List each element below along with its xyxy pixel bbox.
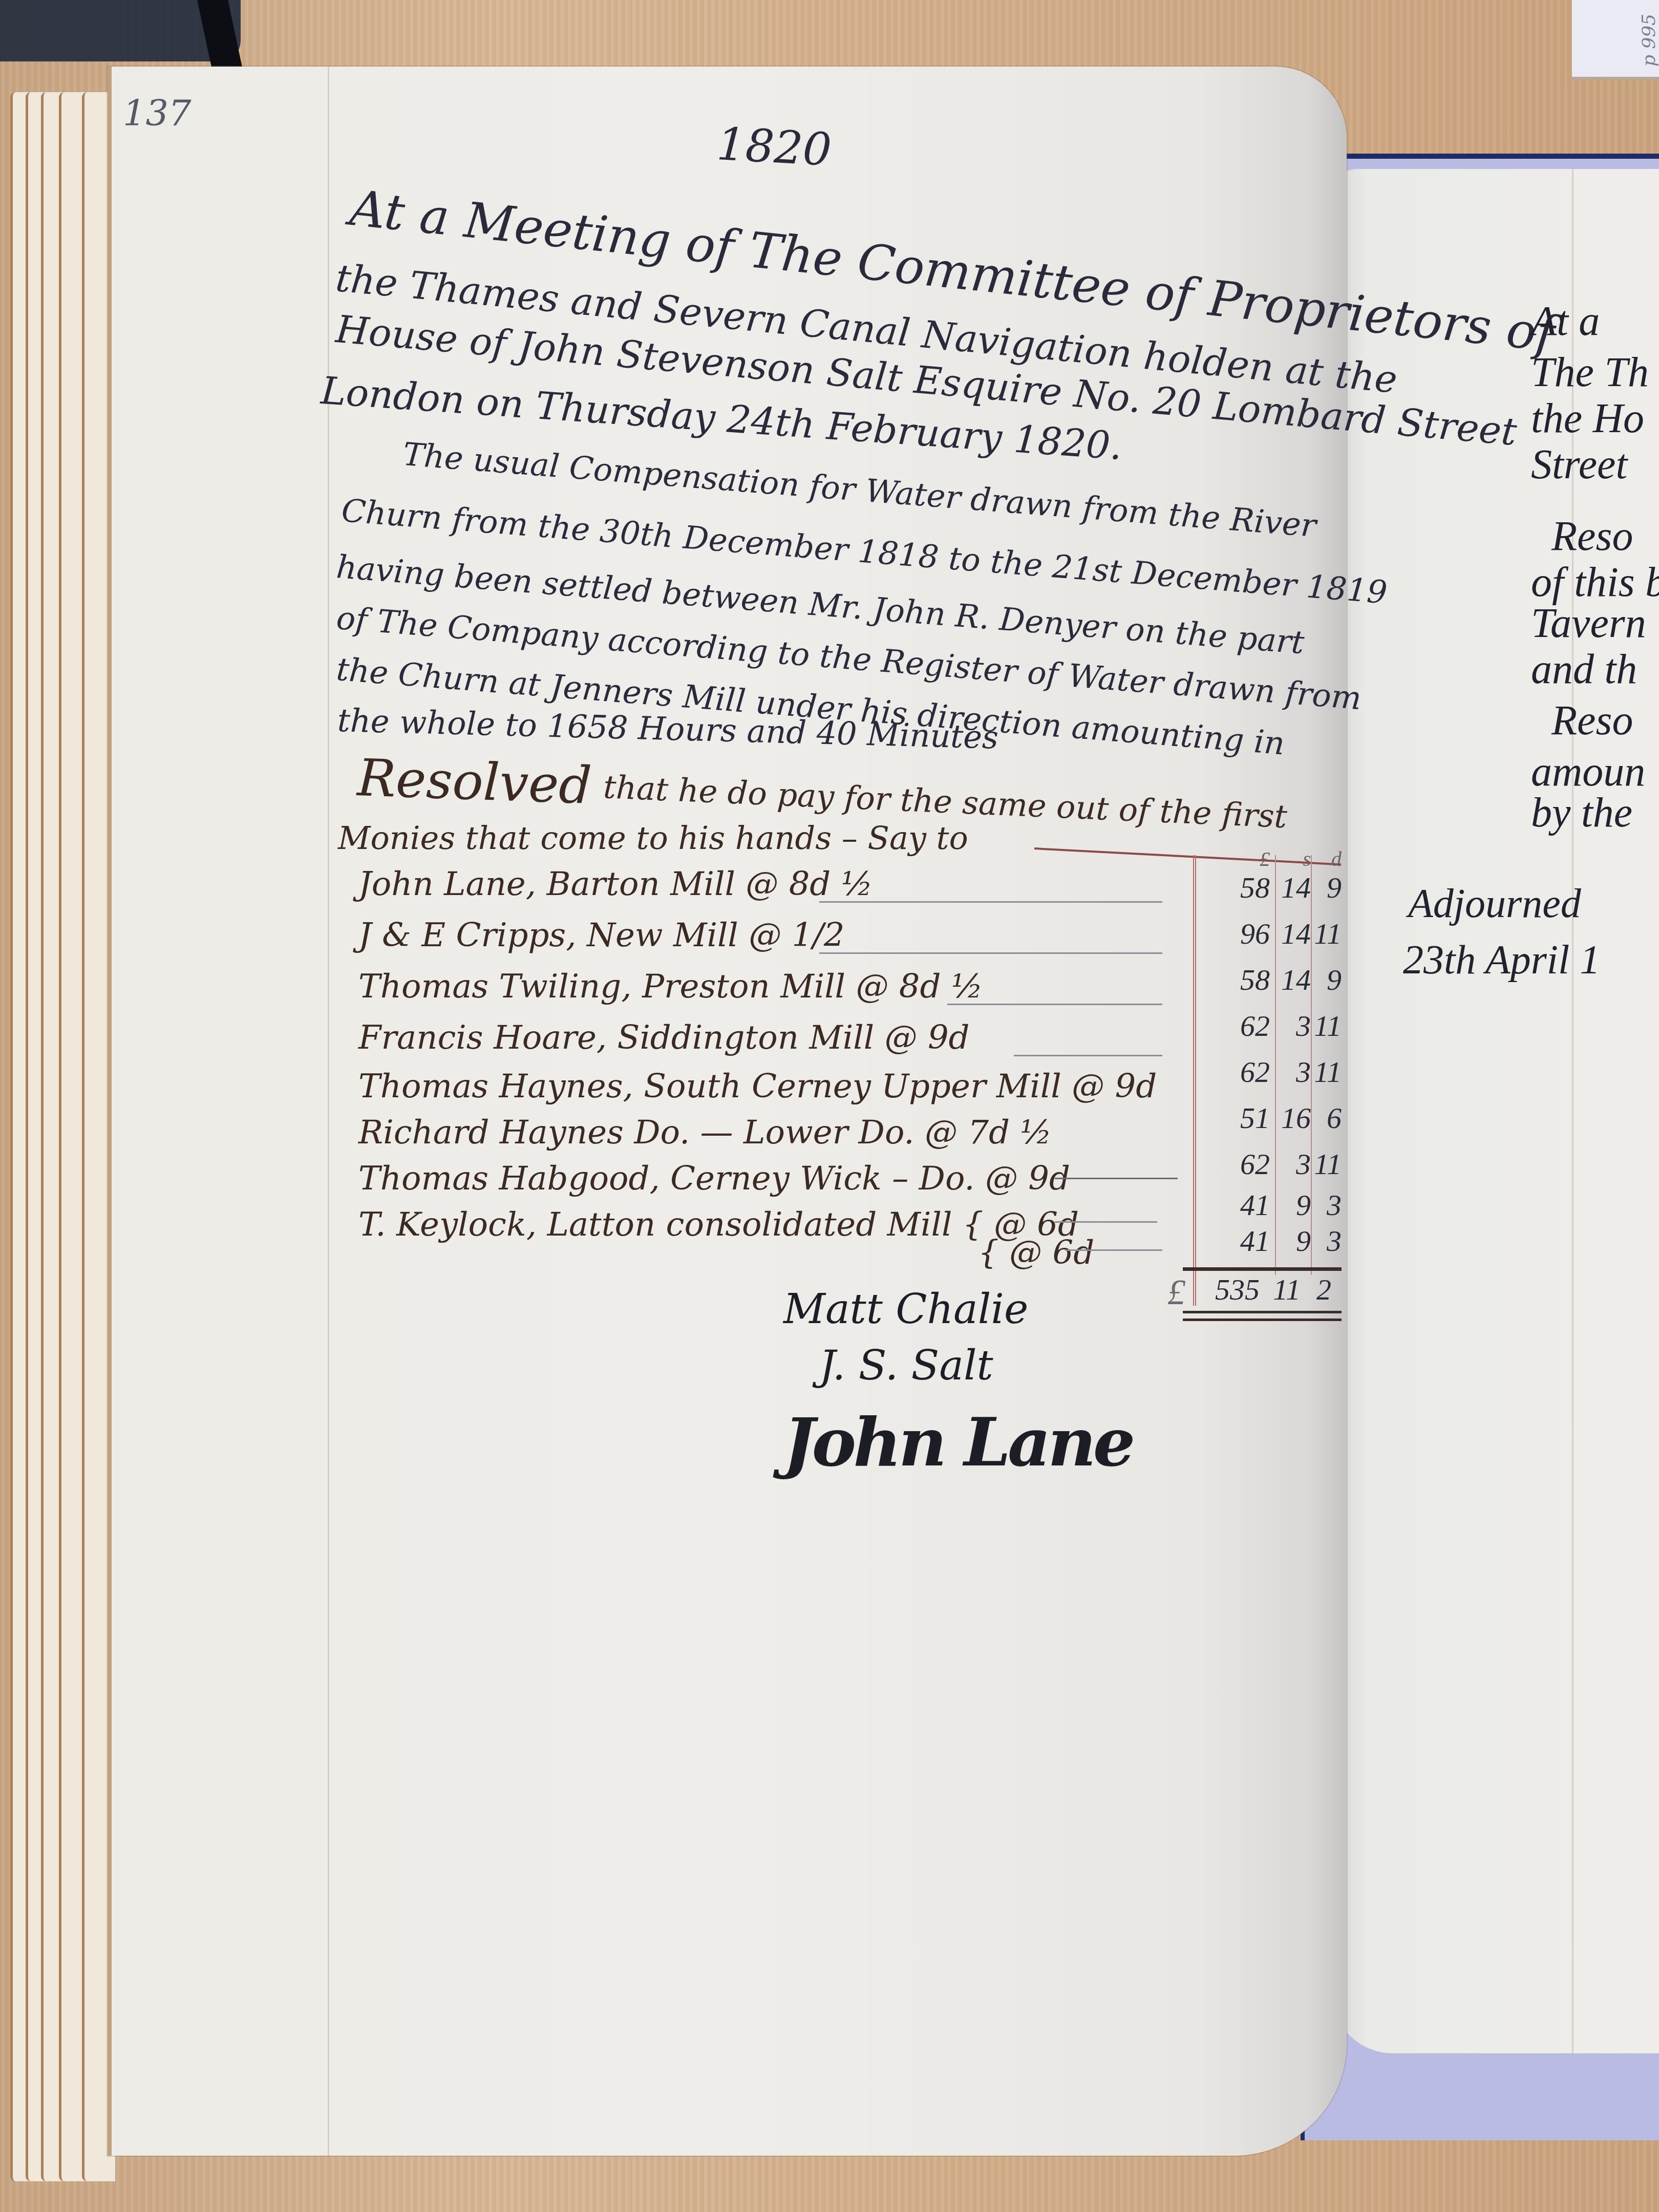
signature-1: Matt Chalie [783,1285,1028,1333]
corner-slip-text: p 995 [1639,14,1659,67]
amount-shillings: 14 [1270,917,1311,951]
total-shillings: 11 [1260,1272,1301,1313]
amount-row: 4193 [1203,1188,1342,1222]
ledger-entry-3: Thomas Twiling, Preston Mill @ 8d ½ [358,968,983,1006]
amounts-header: £ s d [1203,847,1342,871]
leader-dash [819,901,1162,903]
ledger-entry-1: John Lane, Barton Mill @ 8d ½ [358,865,873,903]
amount-row: 961411 [1203,917,1342,951]
amount-pounds: 62 [1203,1055,1270,1089]
leader-dash [1055,1178,1178,1179]
right-fragment: At a [1531,297,1600,345]
amount-row: 62311 [1203,1055,1342,1089]
right-fragment: by the [1531,789,1632,837]
right-fragment: The Th [1531,348,1649,396]
ledger-entry-8: T. Keylock, Latton consolidated Mill { @… [358,1206,1079,1244]
amount-pounds: 62 [1203,1147,1270,1181]
right-fragment: the Ho [1531,394,1644,442]
leader-dash [947,1004,1162,1005]
year-heading: 1820 [715,117,833,176]
ledger-entry-7: Thomas Habgood, Cerney Wick – Do. @ 9d [358,1160,1070,1198]
right-fragment: Tavern [1531,599,1646,647]
amount-pounds: 51 [1203,1101,1270,1135]
amount-pounds: 41 [1203,1224,1270,1258]
amount-pounds: 58 [1203,963,1270,997]
amount-shillings: 9 [1270,1224,1311,1258]
leader-dash [1065,1249,1162,1251]
signature-2: J. S. Salt [819,1342,993,1389]
amount-shillings: 14 [1270,870,1311,905]
amount-pounds: 96 [1203,917,1270,951]
amount-row: 58149 [1203,963,1342,997]
amount-pence: 11 [1311,1055,1342,1089]
leader-dash [1055,1221,1157,1223]
total-double-rule [1183,1318,1342,1321]
amount-pence: 9 [1311,963,1342,997]
resolution-line-2: Monies that come to his hands – Say to [338,819,968,857]
leader-dash [819,952,1162,954]
amount-pence: 6 [1311,1101,1342,1135]
leader-dash [1014,1055,1162,1056]
header-shillings: s [1270,847,1311,871]
total-pounds: 535 [1193,1272,1260,1313]
right-fragment: Street [1531,440,1627,488]
amount-pounds: 58 [1203,870,1270,905]
amount-pence: 11 [1311,1009,1342,1043]
amount-pence: 3 [1311,1224,1342,1258]
amount-shillings: 9 [1270,1188,1311,1222]
amount-pence: 11 [1311,917,1342,951]
amount-pounds: 41 [1203,1188,1270,1222]
page-edges [10,92,118,2181]
total-double-rule [1183,1311,1342,1313]
adjourned-line-1: Adjourned [1408,881,1581,927]
total-rule [1183,1267,1342,1271]
amount-pence: 9 [1311,870,1342,905]
amount-shillings: 3 [1270,1055,1311,1089]
corner-slip: p 995 [1572,0,1659,80]
amount-pence: 11 [1311,1147,1342,1181]
amount-shillings: 14 [1270,963,1311,997]
header-pounds: £ [1203,847,1270,871]
amount-row: 62311 [1203,1147,1342,1181]
amount-row: 58149 [1203,870,1342,905]
ledger-entry-9: { @ 6d [978,1234,1094,1272]
amount-shillings: 16 [1270,1101,1311,1135]
amount-pounds: 62 [1203,1009,1270,1043]
amount-row: 51166 [1203,1101,1342,1135]
adjourned-line-2: 23th April 1 [1403,937,1600,984]
amount-row: 62311 [1203,1009,1342,1043]
amount-shillings: 3 [1270,1009,1311,1043]
ledger-entry-5: Thomas Haynes, South Cerney Upper Mill @… [358,1068,1157,1105]
ledger-entry-2: J & E Cripps, New Mill @ 1/2 [358,917,845,954]
signature-3: John Lane [783,1403,1132,1481]
right-fragment: Reso [1551,512,1633,560]
pound-symbol: £ [1167,1272,1193,1313]
right-fragment: and th [1531,645,1637,693]
ledger-entry-6: Richard Haynes Do. — Lower Do. @ 7d ½ [358,1114,1052,1152]
ledger-entry-4: Francis Hoare, Siddington Mill @ 9d [358,1019,970,1057]
folio-number: 137 [123,92,192,134]
resolved-keyword: Resolved [356,748,592,816]
header-pence: d [1311,847,1342,871]
amount-row: 4193 [1203,1224,1342,1258]
amount-shillings: 3 [1270,1147,1311,1181]
amount-pence: 3 [1311,1188,1342,1222]
total-row: £ 535 11 2 [1167,1272,1342,1313]
amounts-table: £ s d 58149 961411 58149 62311 62311 511… [1193,850,1342,1316]
right-fragment: Reso [1551,696,1633,745]
total-pence: 2 [1301,1272,1331,1313]
